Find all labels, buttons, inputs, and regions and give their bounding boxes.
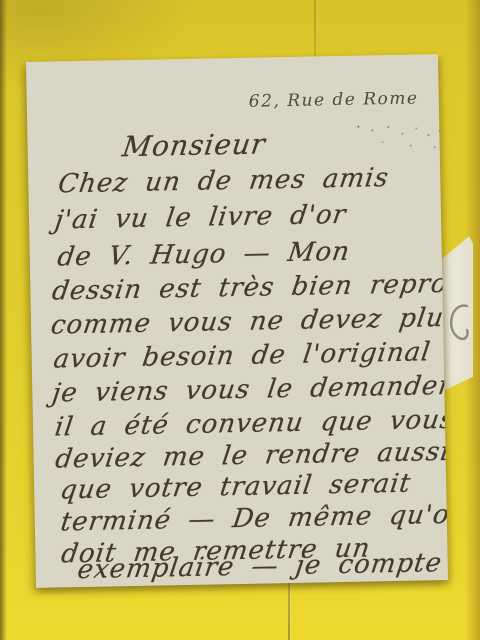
handwriting-line: je viens vous le demander —: [50, 370, 448, 409]
handwriting-line: de V. Hugo — Mon: [56, 237, 352, 273]
letter-paper: 62, Rue de Rome Monsieur Chez un de mes …: [26, 54, 448, 588]
fold-crease-top: [314, 0, 316, 57]
handwriting-line: que votre travail serait: [58, 469, 413, 506]
handwriting-line: il a été convenu que vous: [53, 405, 448, 443]
fold-crease-bottom: [288, 580, 290, 640]
handwriting-line: dessin est très bien reproduit: [50, 268, 448, 307]
handwriting-line: exemplaire — je compte: [76, 548, 444, 585]
handwriting-line: j'ai vu le livre d'or: [53, 200, 348, 236]
handwriting-line: terminé — De même qu'on: [59, 500, 448, 538]
handwriting-line: Chez un de mes amis: [56, 163, 391, 199]
letterhead-address: 62, Rue de Rome: [249, 88, 419, 111]
handwriting-line: avoir besoin de l'original: [52, 337, 433, 374]
ink-speckles: [357, 126, 359, 128]
photo-background: 62, Rue de Rome Monsieur Chez un de mes …: [0, 0, 480, 640]
pencil-mark-icon: [445, 300, 471, 344]
handwriting-line: comme vous ne devez plus: [49, 303, 448, 341]
salutation: Monsieur: [121, 129, 268, 162]
